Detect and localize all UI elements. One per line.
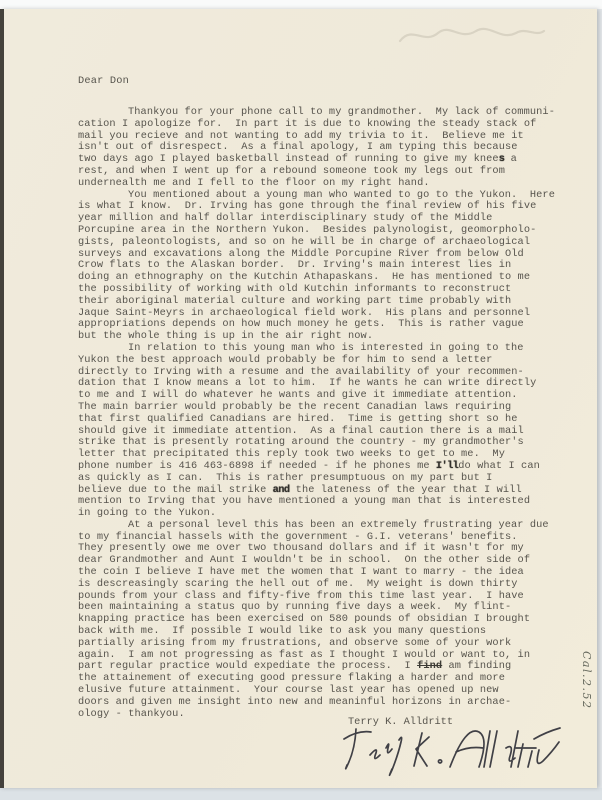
letter-line: that first qualified Canadians are hired… (78, 414, 569, 426)
scanned-letter-page: Dear Don Thankyou for your phone call to… (0, 0, 602, 800)
letter-line: The main barrier would probably be the r… (78, 402, 569, 414)
letter-paper: Dear Don Thankyou for your phone call to… (0, 9, 597, 788)
letter-line: In relation to this young man who is int… (78, 343, 569, 355)
signature (338, 719, 570, 783)
letter-line: the possibility of working with old Kutc… (78, 284, 569, 296)
letter-text: do what I can (458, 460, 540, 472)
salutation: Dear Don (78, 75, 569, 87)
letter-line: phone number is 416 463-6898 if needed -… (78, 461, 569, 473)
letter-text: am finding (442, 660, 511, 672)
letter-text: two days ago I played basketball instead… (78, 153, 499, 165)
letter-line: undernealth me and I fell to the floor o… (78, 178, 569, 190)
side-annotation: Cal.2.52 (580, 651, 593, 709)
letter-text: believe due to the mail strike (78, 484, 273, 496)
letter-body: Thankyou for your phone call to my grand… (78, 107, 569, 720)
letter-line: Porcupine area in the Northern Yukon. Be… (78, 225, 569, 237)
letter-line: Yukon the best approach would probably b… (78, 355, 569, 367)
letter-line: At a personal level this has been an ext… (78, 520, 569, 532)
overstruck-text: I'll (436, 460, 458, 472)
letter-line: their aboriginal material culture and wo… (78, 296, 569, 308)
faint-pencil-annotation (392, 17, 552, 57)
letter-text: a (504, 153, 517, 165)
letter-text: phone number is 416 463-6898 if needed -… (78, 460, 436, 472)
letter-line: partially arising from my frustrations, … (78, 638, 569, 650)
letter-text: part regular practice would expediate th… (78, 660, 417, 672)
letter-line: gists, paleontologists, and so on he wil… (78, 237, 569, 249)
overstruck-text: and (273, 484, 290, 496)
struck-out-word: find (417, 660, 442, 672)
letter-line: cation I apologize for. In part it is du… (78, 119, 569, 131)
letter-line: doors and given me insight into new and … (78, 697, 569, 709)
letter-line: is descreasingly scaring the hell out of… (78, 579, 569, 591)
letter-line: rest, and when I went up for a rebound s… (78, 166, 569, 178)
letter-text: the lateness of the year that I will (289, 484, 521, 496)
